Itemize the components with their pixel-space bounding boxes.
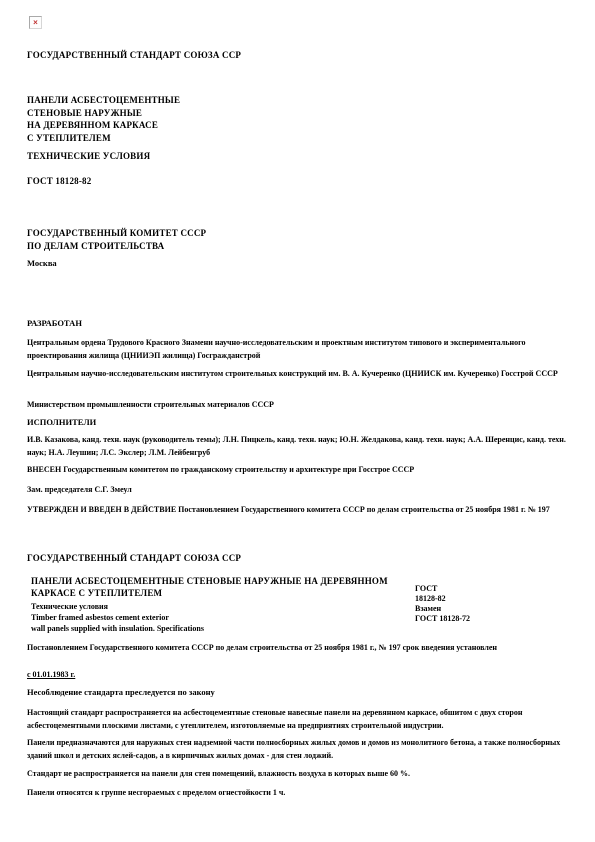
developed-org: Министерством промышленности строительны…: [27, 398, 568, 411]
body-paragraph: Настоящий стандарт распространяется на а…: [27, 706, 568, 732]
title-block-left-cell: ПАНЕЛИ АСБЕСТОЦЕМЕНТНЫЕ СТЕНОВЫЕ НАРУЖНЫ…: [31, 576, 416, 634]
broken-image-icon: ×: [29, 16, 42, 29]
gost-number: ГОСТ 18128-82: [27, 175, 91, 188]
body-paragraph: Панели предназначаются для наружных стен…: [27, 736, 568, 762]
title-block-designation: ГОСТ 18128-82 Взамен ГОСТ 18128-72: [415, 584, 470, 624]
body-paragraph: Стандарт не распространяется на панели д…: [27, 767, 568, 780]
developed-org: Центральным ордена Трудового Красного Зн…: [27, 336, 568, 362]
effective-date: с 01.01.1983 г.: [27, 668, 75, 681]
state-committee: ГОСУДАРСТВЕННЫЙ КОМИТЕТ СССР ПО ДЕЛАМ СТ…: [27, 227, 206, 252]
standard-header-repeat: ГОСУДАРСТВЕННЫЙ СТАНДАРТ СОЮЗА ССР: [27, 552, 241, 565]
title-block-title-en: Timber framed asbestos cement exterior w…: [31, 612, 416, 634]
broken-image-x-glyph: ×: [30, 17, 41, 28]
state-committee-line: ГОСУДАРСТВЕННЫЙ КОМИТЕТ СССР: [27, 227, 206, 240]
title-block-subtitle-ru: Технические условия: [31, 601, 416, 612]
body-paragraph: Панели относятся к группе несгораемых с …: [27, 786, 568, 799]
approved-paragraph: УТВЕРЖДЕН И ВВЕДЕН В ДЕЙСТВИЕ Постановле…: [27, 503, 568, 516]
document-title: ПАНЕЛИ АСБЕСТОЦЕМЕНТНЫЕ СТЕНОВЫЕ НАРУЖНЫ…: [27, 94, 180, 144]
executors-names: И.В. Казакова, канд. техн. наук (руковод…: [27, 433, 568, 459]
document-title-line: С УТЕПЛИТЕЛЕМ: [27, 132, 180, 145]
deputy-chairman: Зам. председателя С.Г. Змеул: [27, 483, 568, 496]
executors-heading: ИСПОЛНИТЕЛИ: [27, 416, 96, 429]
document-page: × ГОСУДАРСТВЕННЫЙ СТАНДАРТ СОЮЗА ССР ПАН…: [0, 0, 595, 842]
title-block-title-ru: ПАНЕЛИ АСБЕСТОЦЕМЕНТНЫЕ СТЕНОВЫЕ НАРУЖНЫ…: [31, 576, 416, 599]
designation-line: ГОСТ: [415, 584, 470, 594]
title-block-title-en-line: Timber framed asbestos cement exterior: [31, 612, 416, 623]
submitted-paragraph: ВНЕСЕН Государственным комитетом по граж…: [27, 463, 568, 476]
standard-header: ГОСУДАРСТВЕННЫЙ СТАНДАРТ СОЮЗА ССР: [27, 49, 241, 62]
document-title-line: ПАНЕЛИ АСБЕСТОЦЕМЕНТНЫЕ: [27, 94, 180, 107]
designation-line: 18128-82: [415, 594, 470, 604]
document-title-line: СТЕНОВЫЕ НАРУЖНЫЕ: [27, 107, 180, 120]
state-committee-line: ПО ДЕЛАМ СТРОИТЕЛЬСТВА: [27, 240, 206, 253]
law-notice: Несоблюдение стандарта преследуется по з…: [27, 686, 215, 699]
city-label: Москва: [27, 257, 57, 270]
developed-heading: РАЗРАБОТАН: [27, 317, 82, 330]
document-title-line: НА ДЕРЕВЯННОМ КАРКАСЕ: [27, 119, 180, 132]
designation-line: Взамен: [415, 604, 470, 614]
developed-org: Центральным научно-исследовательским инс…: [27, 367, 568, 380]
technical-conditions-subtitle: ТЕХНИЧЕСКИЕ УСЛОВИЯ: [27, 150, 150, 163]
resolution-paragraph: Постановлением Государственного комитета…: [27, 641, 568, 654]
designation-line: ГОСТ 18128-72: [415, 614, 470, 624]
title-block-title-en-line: wall panels supplied with insulation. Sp…: [31, 623, 416, 634]
